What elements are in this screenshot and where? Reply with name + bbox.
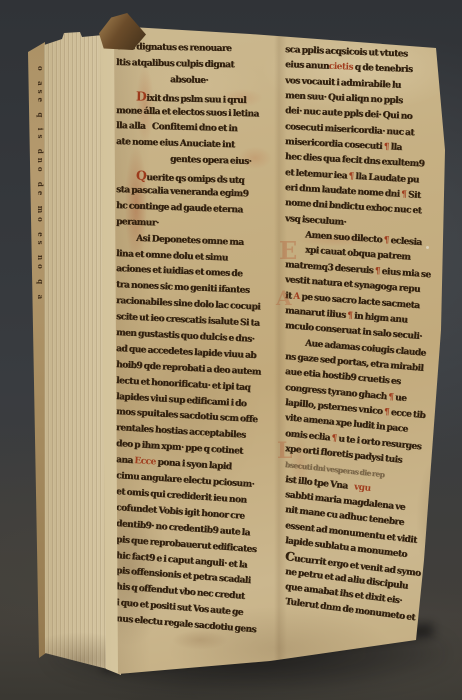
spine-text-fragments: o ase q is dno de mo es no q a: [31, 66, 45, 641]
manuscript-column-right: sca pplis acqsicois ut vtuteseius anunci…: [285, 43, 443, 663]
ghost-initial: L: [277, 438, 292, 464]
ghost-initial: E: [279, 236, 297, 265]
photo-antique-book: o ase q is dno de mo es no q a cius dign…: [0, 0, 462, 700]
dust-speck: [426, 246, 429, 249]
manuscript-column-left: cius dignatus es renouareltis atqalibus …: [116, 40, 276, 680]
ghost-initial: A: [276, 286, 292, 310]
